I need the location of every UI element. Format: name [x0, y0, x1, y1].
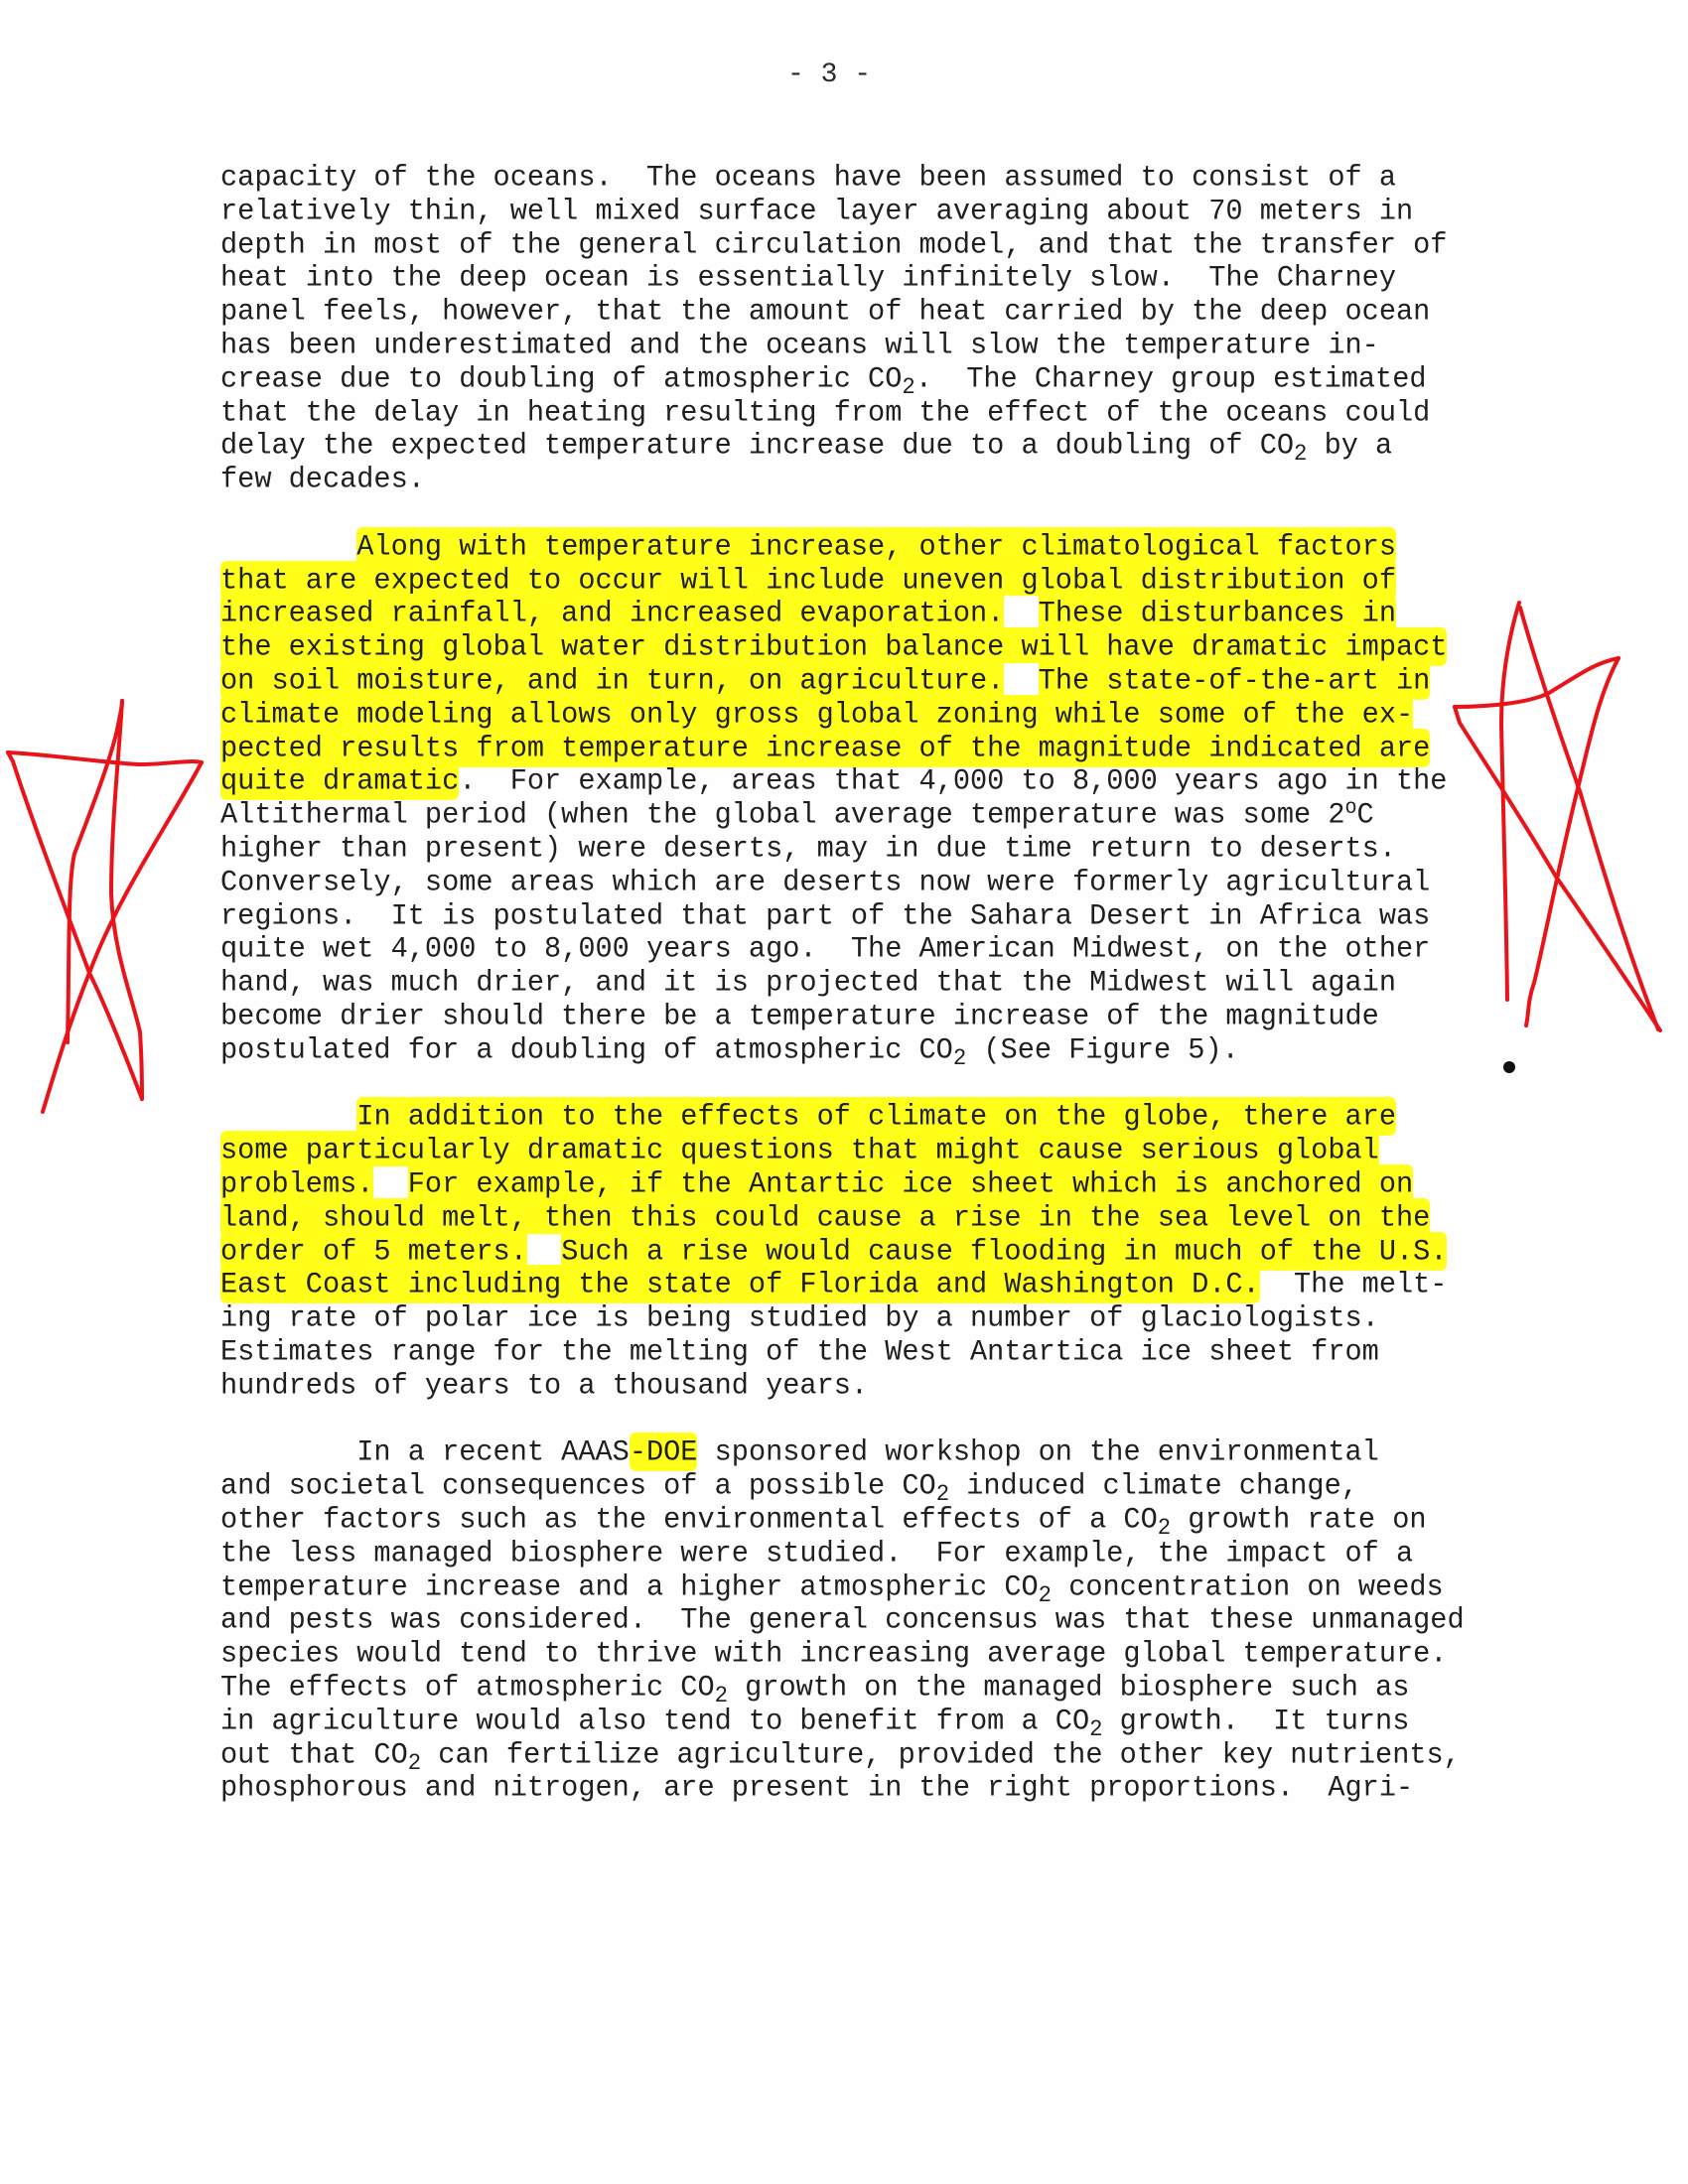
highlight-gap — [1004, 597, 1038, 631]
text-line: postulated for a doubling of atmospheric… — [220, 1032, 1239, 1068]
highlighted-text: Along with temperature increase, other c… — [356, 527, 1396, 566]
text-line: depth in most of the general circulation… — [220, 227, 1447, 263]
text-line: climate modeling allows only gross globa… — [220, 697, 1413, 733]
text-line: that the delay in heating resulting from… — [220, 395, 1430, 431]
text-line: ing rate of polar ice is being studied b… — [220, 1300, 1379, 1336]
text-line: higher than present) were deserts, may i… — [220, 831, 1396, 867]
text-run: species would tend to thrive with increa… — [220, 1636, 1447, 1671]
highlighted-text: quite dramatic — [220, 761, 459, 800]
text-run: higher than present) were deserts, may i… — [220, 831, 1396, 866]
highlighted-text: climate modeling allows only gross globa… — [220, 695, 1413, 734]
text-line: few decades. — [220, 462, 425, 497]
text-line: In addition to the effects of climate on… — [220, 1100, 1396, 1136]
text-run: temperature increase and a higher atmosp… — [220, 1570, 1039, 1604]
text-run: by a — [1307, 429, 1392, 464]
text-line: temperature increase and a higher atmosp… — [220, 1570, 1444, 1605]
text-line: in agriculture would also tend to benefi… — [220, 1704, 1409, 1739]
text-run: induced climate change, — [949, 1468, 1358, 1503]
text-run: (See Figure 5). — [966, 1032, 1239, 1067]
text-line: The effects of atmospheric CO2 growth on… — [220, 1670, 1409, 1706]
text-run: has been underestimated and the oceans w… — [220, 328, 1379, 362]
text-run: ing rate of polar ice is being studied b… — [220, 1300, 1379, 1335]
text-line: species would tend to thrive with increa… — [220, 1636, 1447, 1672]
text-run: quite wet 4,000 to 8,000 years ago. The … — [220, 932, 1430, 967]
text-run: C — [1357, 797, 1374, 832]
text-run: depth in most of the general circulation… — [220, 227, 1447, 262]
text-line: problems. For example, if the Antartic i… — [220, 1166, 1413, 1202]
text-line: land, should melt, then this could cause… — [220, 1200, 1430, 1236]
highlight-gap — [527, 1234, 561, 1269]
text-run: growth rate on — [1171, 1502, 1426, 1537]
text-run: hand, was much drier, and it is projecte… — [220, 965, 1396, 1000]
highlighted-text: land, should melt, then this could cause… — [220, 1198, 1430, 1237]
text-line: other factors such as the environmental … — [220, 1502, 1427, 1538]
text-run: other factors such as the environmental … — [220, 1502, 1158, 1537]
text-run: capacity of the oceans. The oceans have … — [220, 160, 1396, 195]
ink-dot-icon — [1503, 1061, 1515, 1073]
text-run: growth. It turns — [1103, 1704, 1410, 1738]
superscript: o — [1345, 796, 1357, 820]
highlight-gap — [373, 1166, 407, 1201]
text-run: Estimates range for the melting of the W… — [220, 1334, 1379, 1369]
page-number: - 3 - — [0, 60, 1658, 90]
text-line: the existing global water distribution b… — [220, 629, 1447, 665]
text-line: quite dramatic. For example, areas that … — [220, 764, 1447, 800]
text-run: relatively thin, well mixed surface laye… — [220, 194, 1413, 228]
text-run: the less managed biosphere were studied.… — [220, 1536, 1413, 1570]
text-run: growth on the managed biosphere such as — [728, 1670, 1409, 1705]
highlight-gap — [1004, 663, 1038, 698]
text-run: The melt- — [1260, 1268, 1448, 1302]
text-line: and societal consequences of a possible … — [220, 1468, 1358, 1504]
highlighted-text: -DOE — [630, 1433, 698, 1471]
text-run: panel feels, however, that the amount of… — [220, 294, 1430, 329]
text-run: regions. It is postulated that part of t… — [220, 898, 1430, 933]
text-line: In a recent AAAS-DOE sponsored workshop … — [220, 1435, 1379, 1471]
text-run: Altithermal period (when the global aver… — [220, 797, 1345, 832]
subscript: 2 — [1294, 440, 1307, 467]
text-line: Along with temperature increase, other c… — [220, 529, 1396, 565]
text-run: can fertilize agriculture, provided the … — [421, 1737, 1461, 1772]
text-line: and pests was considered. The general co… — [220, 1603, 1465, 1639]
text-run: postulated for a doubling of atmospheric… — [220, 1032, 953, 1067]
text-line: Estimates range for the melting of the W… — [220, 1334, 1379, 1370]
text-run: delay the expected temperature increase … — [220, 429, 1294, 464]
left-star-annotation-icon — [8, 701, 202, 1112]
text-line: has been underestimated and the oceans w… — [220, 328, 1379, 363]
text-run: phosphorous and nitrogen, are present in… — [220, 1771, 1413, 1806]
text-run: . For example, areas that 4,000 to 8,000… — [459, 764, 1447, 799]
text-line: East Coast including the state of Florid… — [220, 1268, 1447, 1303]
text-line: on soil moisture, and in turn, on agricu… — [220, 663, 1430, 699]
text-run: that the delay in heating resulting from… — [220, 395, 1430, 430]
text-run: In a recent AAAS — [220, 1435, 630, 1470]
text-line: quite wet 4,000 to 8,000 years ago. The … — [220, 932, 1430, 968]
text-run: concentration on weeds — [1052, 1570, 1444, 1604]
text-line: some particularly dramatic questions tha… — [220, 1133, 1379, 1168]
text-line: hand, was much drier, and it is projecte… — [220, 965, 1396, 1001]
text-run: The effects of atmospheric CO — [220, 1670, 715, 1705]
text-run: heat into the deep ocean is essentially … — [220, 261, 1396, 296]
text-run: few decades. — [220, 462, 425, 496]
subscript: 2 — [953, 1044, 966, 1071]
text-run: and pests was considered. The general co… — [220, 1603, 1465, 1638]
text-line: crease due to doubling of atmospheric CO… — [220, 361, 1427, 397]
text-run: out that CO — [220, 1737, 408, 1772]
text-run: crease due to doubling of atmospheric CO — [220, 361, 902, 396]
text-run: in agriculture would also tend to benefi… — [220, 1704, 1089, 1738]
text-line: phosphorous and nitrogen, are present in… — [220, 1771, 1413, 1807]
text-line: relatively thin, well mixed surface laye… — [220, 194, 1413, 229]
text-line: increased rainfall, and increased evapor… — [220, 597, 1396, 632]
text-line: delay the expected temperature increase … — [220, 429, 1392, 465]
text-line: hundreds of years to a thousand years. — [220, 1368, 868, 1404]
text-run: . The Charney group estimated — [915, 361, 1427, 396]
text-run: become drier should there be a temperatu… — [220, 999, 1379, 1033]
text-run — [220, 1100, 356, 1135]
text-line: Altithermal period (when the global aver… — [220, 797, 1374, 833]
text-run: and societal consequences of a possible … — [220, 1468, 936, 1503]
text-line: become drier should there be a temperatu… — [220, 999, 1379, 1034]
text-run: hundreds of years to a thousand years. — [220, 1368, 868, 1403]
text-line: panel feels, however, that the amount of… — [220, 294, 1430, 330]
document-page: - 3 - capacity of the oceans. The oceans… — [0, 0, 1688, 2184]
highlighted-text: East Coast including the state of Florid… — [220, 1265, 1260, 1303]
right-star-annotation-icon — [1455, 603, 1660, 1030]
text-line: out that CO2 can fertilize agriculture, … — [220, 1737, 1461, 1773]
text-line: the less managed biosphere were studied.… — [220, 1536, 1413, 1571]
text-line: regions. It is postulated that part of t… — [220, 898, 1430, 934]
text-line: Conversely, some areas which are deserts… — [220, 865, 1430, 900]
text-run: sponsored workshop on the environmental — [697, 1435, 1378, 1470]
text-run — [220, 529, 356, 564]
text-line: capacity of the oceans. The oceans have … — [220, 160, 1396, 196]
text-run: Conversely, some areas which are deserts… — [220, 865, 1430, 899]
text-line: heat into the deep ocean is essentially … — [220, 261, 1396, 297]
